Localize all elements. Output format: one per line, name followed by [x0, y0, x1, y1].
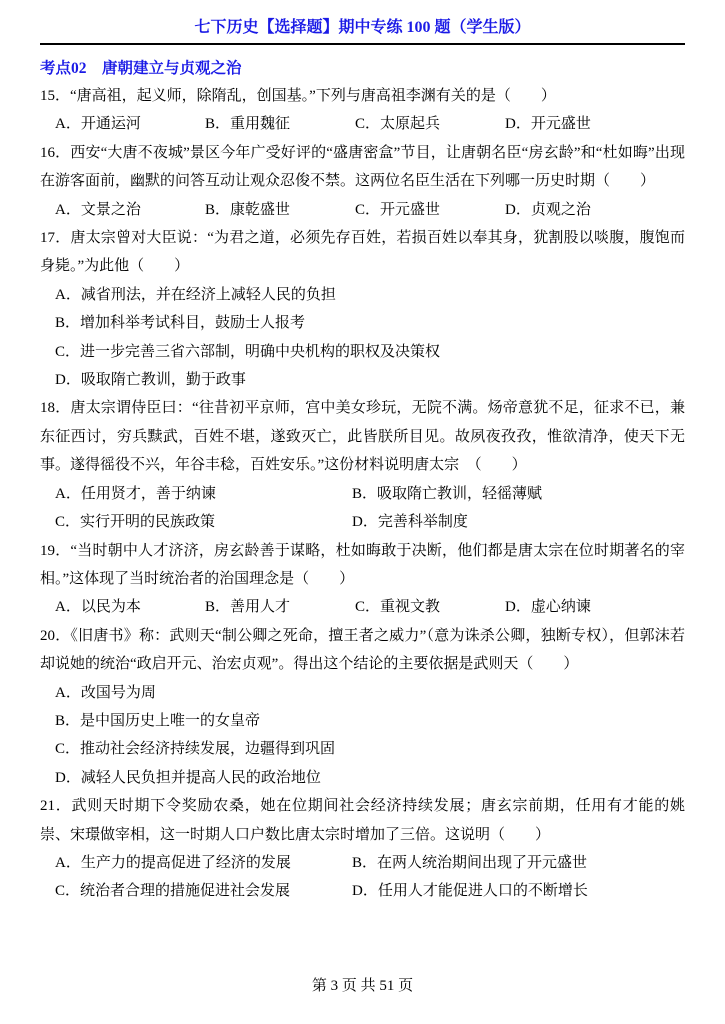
option-label: A．	[55, 116, 81, 132]
question-number: 15．	[40, 88, 70, 104]
question-number: 18．	[40, 400, 70, 416]
option-text: 增加科举考试科目，鼓励士人报考	[80, 315, 305, 331]
options-group: A．开通运河B．重用魏征C．太原起兵D．开元盛世	[40, 110, 685, 138]
option: D．虚心纳谏	[505, 593, 685, 621]
option-text: 开元盛世	[531, 116, 591, 132]
option-label: D．	[55, 372, 81, 388]
option-label: A．	[55, 685, 81, 701]
option-text: 虚心纳谏	[531, 599, 591, 615]
question-stem: 20．《旧唐书》称：武则天“制公卿之死命，擅王者之威力”（意为诛杀公卿，独断专权…	[40, 622, 685, 679]
option-label: B．	[55, 315, 80, 331]
option: A．开通运河	[55, 110, 205, 138]
question-stem: 18．唐太宗谓侍臣曰：“往昔初平京师，宫中美女珍玩，无院不满。炀帝意犹不足，征求…	[40, 394, 685, 479]
option-text: 重视文教	[380, 599, 440, 615]
option-text: 统治者合理的措施促进社会发展	[80, 883, 290, 899]
question-number: 20．	[40, 628, 70, 644]
question-block: 16．西安“大唐不夜城”景区今年广受好评的“盛唐密盒”节目，让唐朝名臣“房玄龄”…	[40, 139, 685, 224]
questions-container: 15．“唐高祖，起义师，除隋乱，创国基。”下列与唐高祖李渊有关的是（ ）A．开通…	[40, 82, 685, 906]
option-text: 在两人统治期间出现了开元盛世	[377, 855, 587, 871]
option: C．统治者合理的措施促进社会发展	[55, 877, 352, 905]
options-group: A．以民为本B．善用人才C．重视文教D．虚心纳谏	[40, 593, 685, 621]
option-label: C．	[55, 344, 80, 360]
option-text: 重用魏征	[230, 116, 290, 132]
option: C．开元盛世	[355, 196, 505, 224]
option-text: 推动社会经济持续发展，边疆得到巩固	[80, 741, 335, 757]
option: D．吸取隋亡教训，勤于政事	[55, 366, 685, 394]
option-label: D．	[352, 514, 378, 530]
question-stem: 21．武则天时期下令奖励农桑，她在位期间社会经济持续发展；唐玄宗前期，任用有才能…	[40, 792, 685, 849]
option: C．实行开明的民族政策	[55, 508, 352, 536]
question-block: 15．“唐高祖，起义师，除隋乱，创国基。”下列与唐高祖李渊有关的是（ ）A．开通…	[40, 82, 685, 139]
options-group: A．减省刑法，并在经济上减轻人民的负担B．增加科举考试科目，鼓励士人报考C．进一…	[40, 281, 685, 395]
page-header-title: 七下历史【选择题】期中专练 100 题（学生版）	[40, 0, 685, 38]
option-text: 康乾盛世	[230, 202, 290, 218]
question-number: 19．	[40, 543, 70, 559]
option-label: B．	[205, 599, 230, 615]
option-label: C．	[55, 514, 80, 530]
option-label: B．	[55, 713, 80, 729]
option-label: C．	[355, 116, 380, 132]
question-block: 21．武则天时期下令奖励农桑，她在位期间社会经济持续发展；唐玄宗前期，任用有才能…	[40, 792, 685, 906]
question-block: 17．唐太宗曾对大臣说：“为君之道，必须先存百姓，若损百姓以奉其身，犹割股以啖腹…	[40, 224, 685, 394]
option: A．减省刑法，并在经济上减轻人民的负担	[55, 281, 685, 309]
option-text: 善用人才	[230, 599, 290, 615]
option: A．文景之治	[55, 196, 205, 224]
option-text: 改国号为周	[81, 685, 156, 701]
option: D．开元盛世	[505, 110, 685, 138]
option-label: C．	[355, 202, 380, 218]
question-number: 21．	[40, 798, 72, 814]
option-text: 减省刑法，并在经济上减轻人民的负担	[81, 287, 336, 303]
option-label: D．	[352, 883, 378, 899]
question-stem: 15．“唐高祖，起义师，除隋乱，创国基。”下列与唐高祖李渊有关的是（ ）	[40, 82, 685, 110]
section-heading: 考点02 唐朝建立与贞观之治	[40, 58, 685, 80]
option-label: D．	[505, 599, 531, 615]
question-stem: 16．西安“大唐不夜城”景区今年广受好评的“盛唐密盒”节目，让唐朝名臣“房玄龄”…	[40, 139, 685, 196]
option-label: A．	[55, 599, 81, 615]
option: D．减轻人民负担并提高人民的政治地位	[55, 764, 685, 792]
option: A．生产力的提高促进了经济的发展	[55, 849, 352, 877]
options-group: A．文景之治B．康乾盛世C．开元盛世D．贞观之治	[40, 196, 685, 224]
question-stem: 19．“当时朝中人才济济，房玄龄善于谋略，杜如晦敢于决断，他们都是唐太宗在位时期…	[40, 537, 685, 594]
option-text: 减轻人民负担并提高人民的政治地位	[81, 770, 321, 786]
option-text: 吸取隋亡教训，轻徭薄赋	[377, 486, 542, 502]
question-stem-text: “当时朝中人才济济，房玄龄善于谋略，杜如晦敢于决断，他们都是唐太宗在位时期著名的…	[40, 543, 685, 587]
option-text: 贞观之治	[531, 202, 591, 218]
question-stem-text: 唐太宗曾对大臣说：“为君之道，必须先存百姓，若损百姓以奉其身，犹割股以啖腹，腹饱…	[40, 230, 685, 274]
option-label: C．	[355, 599, 380, 615]
option: A．以民为本	[55, 593, 205, 621]
options-group: A．改国号为周B．是中国历史上唯一的女皇帝C．推动社会经济持续发展，边疆得到巩固…	[40, 679, 685, 793]
option: D．任用人才能促进人口的不断增长	[352, 877, 685, 905]
option: B．康乾盛世	[205, 196, 355, 224]
header-rule	[40, 43, 685, 45]
option: D．贞观之治	[505, 196, 685, 224]
option: A．改国号为周	[55, 679, 685, 707]
option-text: 开元盛世	[380, 202, 440, 218]
option: C．进一步完善三省六部制，明确中央机构的职权及决策权	[55, 338, 685, 366]
document-page: 七下历史【选择题】期中专练 100 题（学生版） 考点02 唐朝建立与贞观之治 …	[0, 0, 725, 1024]
option: C．推动社会经济持续发展，边疆得到巩固	[55, 735, 685, 763]
option-label: D．	[505, 116, 531, 132]
option-label: B．	[205, 116, 230, 132]
option-text: 吸取隋亡教训，勤于政事	[81, 372, 246, 388]
option-text: 实行开明的民族政策	[80, 514, 215, 530]
option: B．是中国历史上唯一的女皇帝	[55, 707, 685, 735]
option-label: A．	[55, 855, 81, 871]
option: A．任用贤才，善于纳谏	[55, 480, 352, 508]
question-stem: 17．唐太宗曾对大臣说：“为君之道，必须先存百姓，若损百姓以奉其身，犹割股以啖腹…	[40, 224, 685, 281]
option: B．善用人才	[205, 593, 355, 621]
option: D．完善科举制度	[352, 508, 685, 536]
option-text: 开通运河	[81, 116, 141, 132]
question-block: 20．《旧唐书》称：武则天“制公卿之死命，擅王者之威力”（意为诛杀公卿，独断专权…	[40, 622, 685, 792]
option: B．在两人统治期间出现了开元盛世	[352, 849, 685, 877]
question-stem-text: 武则天时期下令奖励农桑，她在位期间社会经济持续发展；唐玄宗前期，任用有才能的姚崇…	[40, 798, 685, 842]
option-text: 以民为本	[81, 599, 141, 615]
option-label: C．	[55, 741, 80, 757]
question-block: 19．“当时朝中人才济济，房玄龄善于谋略，杜如晦敢于决断，他们都是唐太宗在位时期…	[40, 537, 685, 622]
question-block: 18．唐太宗谓侍臣曰：“往昔初平京师，宫中美女珍玩，无院不满。炀帝意犹不足，征求…	[40, 394, 685, 536]
option: B．重用魏征	[205, 110, 355, 138]
question-number: 16．	[40, 145, 70, 161]
option-label: A．	[55, 486, 81, 502]
option-text: 太原起兵	[380, 116, 440, 132]
option: C．太原起兵	[355, 110, 505, 138]
page-content: 七下历史【选择题】期中专练 100 题（学生版） 考点02 唐朝建立与贞观之治 …	[40, 0, 685, 906]
page-footer: 第 3 页 共 51 页	[0, 976, 725, 996]
question-stem-text: 西安“大唐不夜城”景区今年广受好评的“盛唐密盒”节目，让唐朝名臣“房玄龄”和“杜…	[40, 145, 685, 189]
option: B．吸取隋亡教训，轻徭薄赋	[352, 480, 685, 508]
option-text: 任用贤才，善于纳谏	[81, 486, 216, 502]
option-text: 任用人才能促进人口的不断增长	[378, 883, 588, 899]
options-group: A．生产力的提高促进了经济的发展B．在两人统治期间出现了开元盛世C．统治者合理的…	[40, 849, 685, 906]
option-label: D．	[55, 770, 81, 786]
option: C．重视文教	[355, 593, 505, 621]
option-label: B．	[352, 486, 377, 502]
question-number: 17．	[40, 230, 70, 246]
option-label: A．	[55, 202, 81, 218]
question-stem-text: 唐太宗谓侍臣曰：“往昔初平京师，宫中美女珍玩，无院不满。炀帝意犹不足，征求不已，…	[40, 400, 685, 473]
option: B．增加科举考试科目，鼓励士人报考	[55, 309, 685, 337]
options-group: A．任用贤才，善于纳谏B．吸取隋亡教训，轻徭薄赋C．实行开明的民族政策D．完善科…	[40, 480, 685, 537]
question-stem-text: “唐高祖，起义师，除隋乱，创国基。”下列与唐高祖李渊有关的是（ ）	[70, 88, 556, 104]
option-label: D．	[505, 202, 531, 218]
option-text: 文景之治	[81, 202, 141, 218]
option-label: B．	[352, 855, 377, 871]
option-label: C．	[55, 883, 80, 899]
question-stem-text: 《旧唐书》称：武则天“制公卿之死命，擅王者之威力”（意为诛杀公卿，独断专权），但…	[40, 628, 685, 672]
option-text: 生产力的提高促进了经济的发展	[81, 855, 291, 871]
option-text: 是中国历史上唯一的女皇帝	[80, 713, 260, 729]
option-text: 进一步完善三省六部制，明确中央机构的职权及决策权	[80, 344, 440, 360]
option-label: A．	[55, 287, 81, 303]
option-label: B．	[205, 202, 230, 218]
option-text: 完善科举制度	[378, 514, 468, 530]
